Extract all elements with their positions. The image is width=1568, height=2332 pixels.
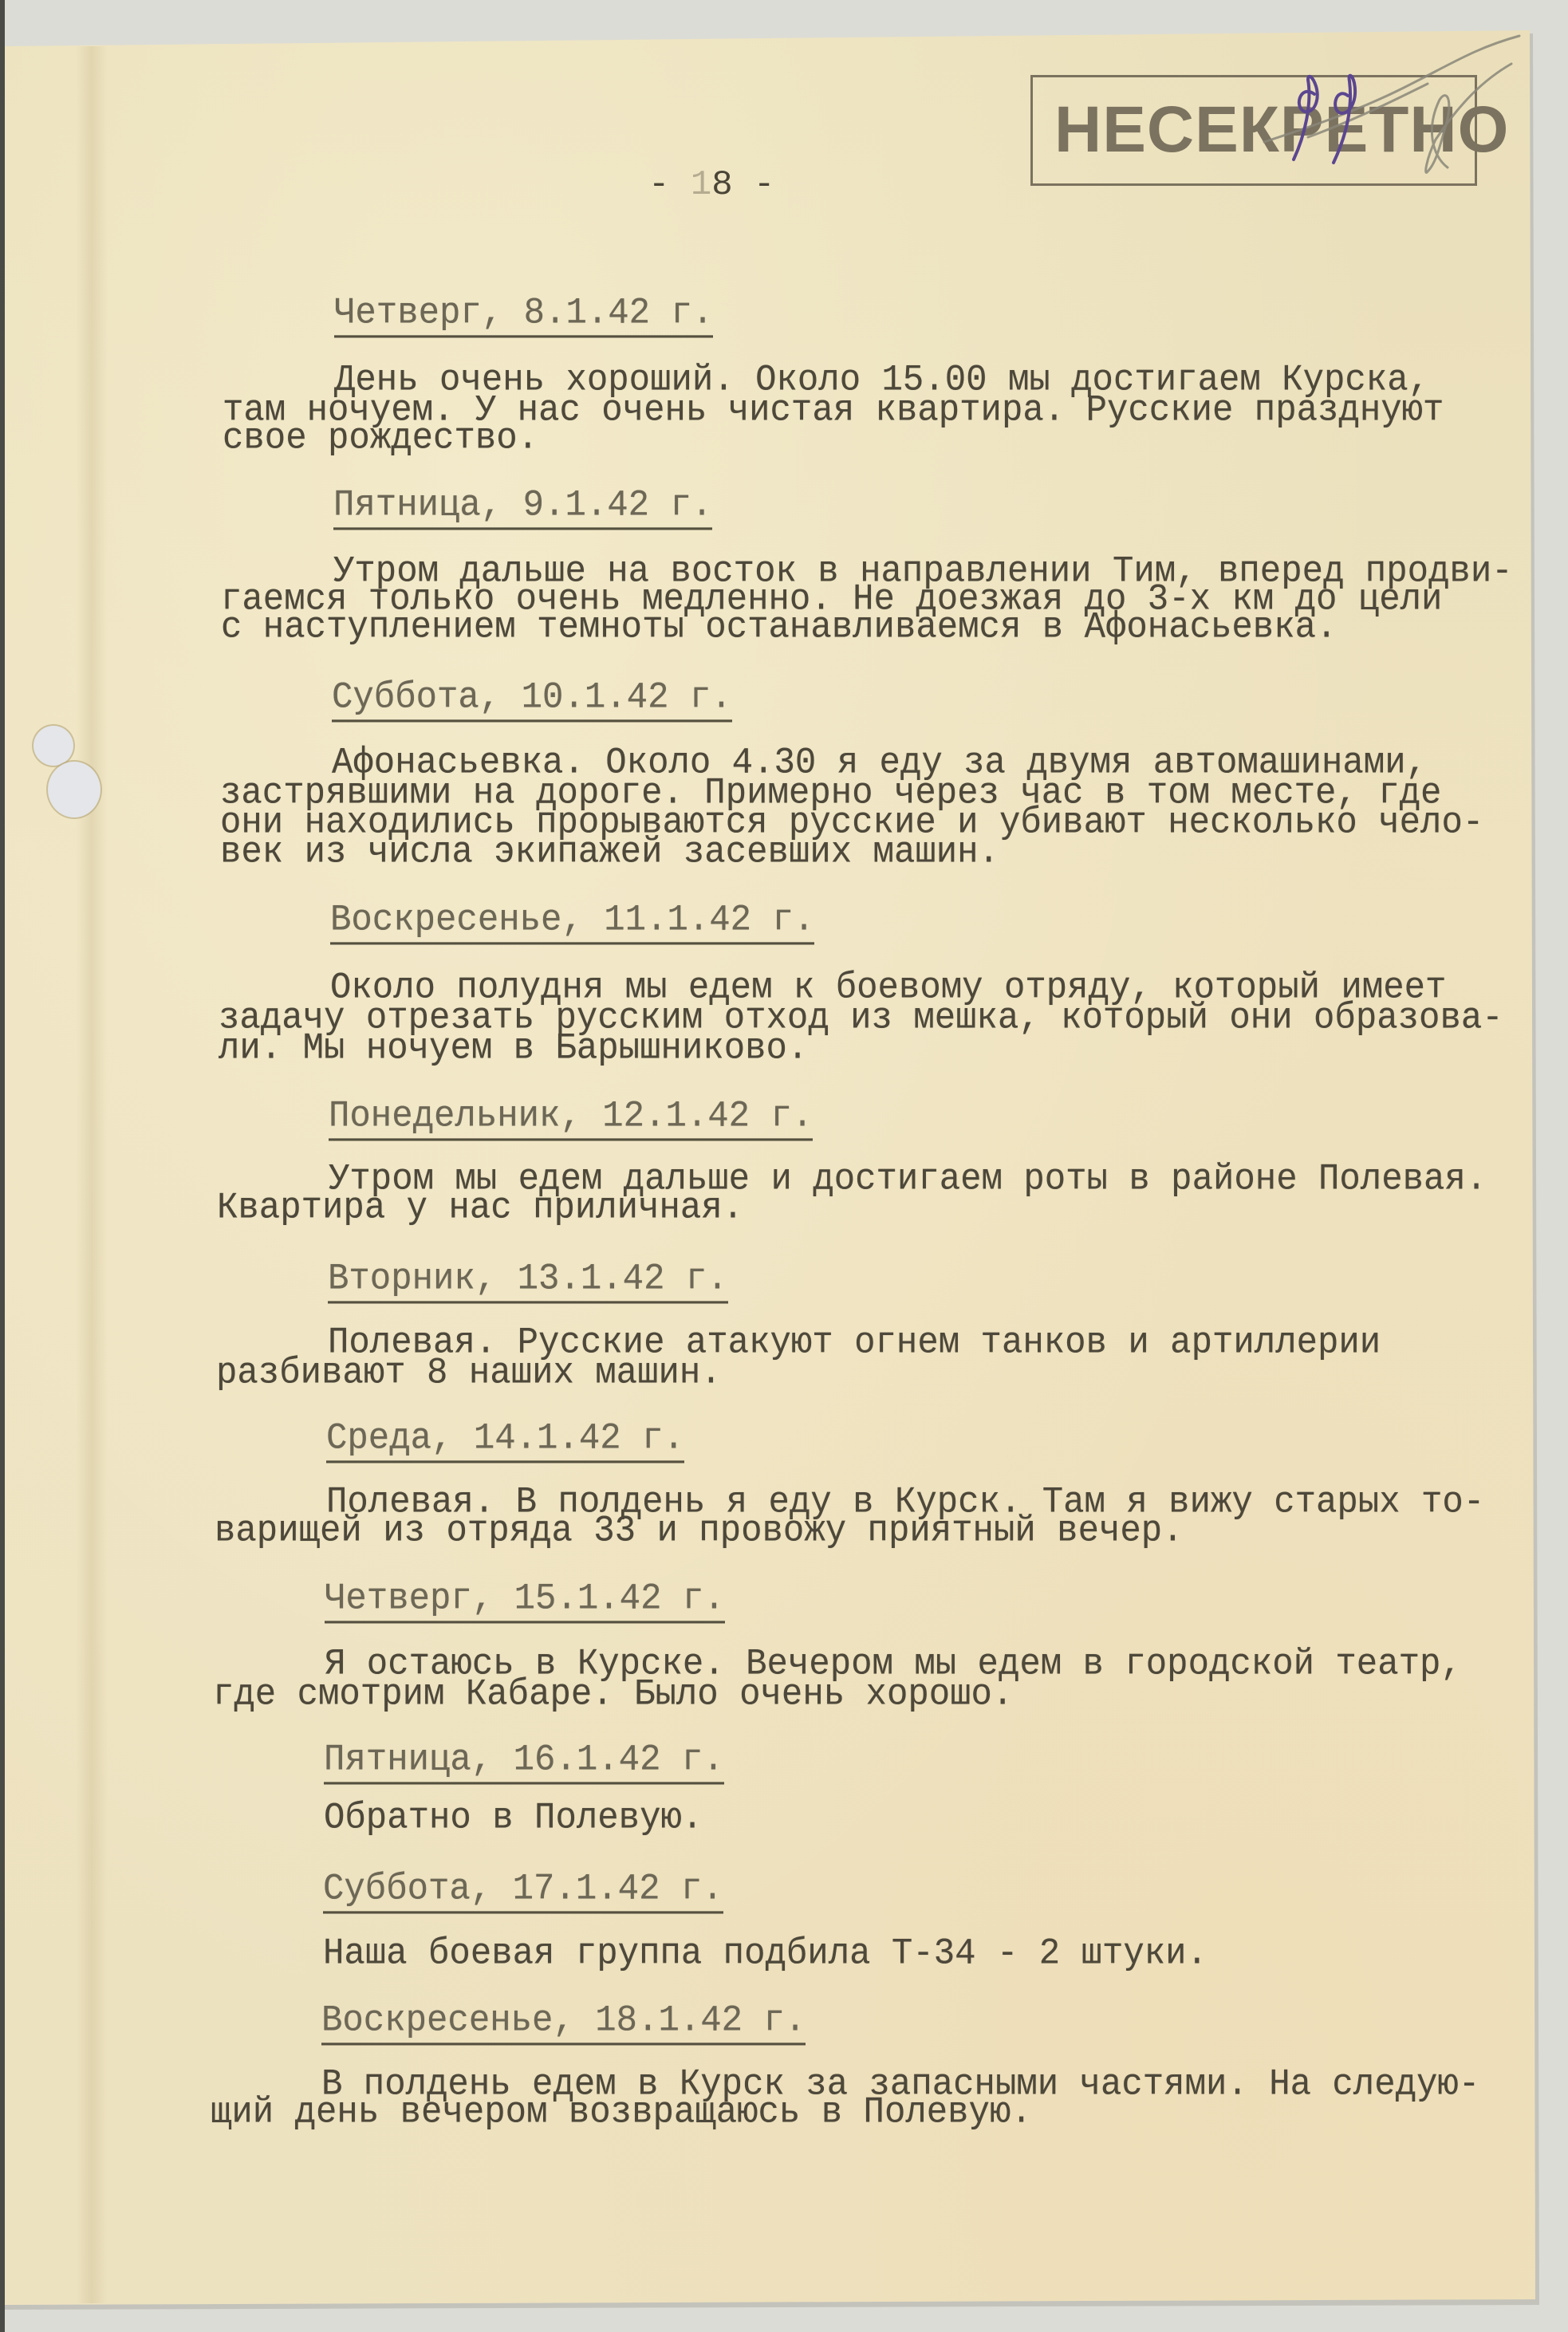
entry-line: Наша боевая группа подбила Т-34 - 2 штук… bbox=[323, 1939, 1208, 1970]
entry-heading-text: Суббота, 17.1.42 г. bbox=[323, 1869, 723, 1914]
entry-heading-text: Понедельник, 12.1.42 г. bbox=[329, 1096, 813, 1141]
scan-edge-strip bbox=[0, 0, 5, 2332]
entry-heading: Четверг, 15.1.42 г. bbox=[325, 1584, 725, 1615]
entry-line: с наступлением темноты останавливаемся в… bbox=[221, 613, 1337, 644]
entry-line: щий день вечером возвращаюсь в Полевую. bbox=[211, 2098, 1032, 2129]
punch-hole-icon bbox=[33, 726, 73, 766]
entry-heading-text: Воскресенье, 11.1.42 г. bbox=[330, 900, 814, 945]
entry-heading-text: Суббота, 10.1.42 г. bbox=[332, 677, 732, 723]
entry-heading-text: Пятница, 16.1.42 г. bbox=[324, 1739, 724, 1785]
entry-heading: Пятница, 16.1.42 г. bbox=[324, 1745, 724, 1776]
entry-heading: Суббота, 17.1.42 г. bbox=[323, 1874, 723, 1905]
entry-heading-text: Четверг, 8.1.42 г. bbox=[334, 293, 713, 338]
entry-heading: Воскресенье, 11.1.42 г. bbox=[330, 905, 814, 936]
entry-heading: Понедельник, 12.1.42 г. bbox=[329, 1101, 813, 1133]
page-number-prefix: - bbox=[648, 165, 691, 205]
entry-line: варищей из отряда 33 и провожу приятный … bbox=[215, 1516, 1184, 1547]
entry-line: где смотрим Кабаре. Было очень хорошо. bbox=[213, 1680, 1013, 1711]
punch-hole-icon bbox=[48, 762, 100, 817]
entry-heading: Пятница, 9.1.42 г. bbox=[333, 490, 712, 522]
page-number-digit: 8 bbox=[711, 165, 732, 205]
paper-crease bbox=[76, 46, 108, 2303]
entry-heading-text: Пятница, 9.1.42 г. bbox=[333, 485, 712, 530]
entry-line: ли. Мы ночуем в Барышниково. bbox=[219, 1034, 808, 1065]
entry-heading: Вторник, 13.1.42 г. bbox=[328, 1264, 728, 1295]
entry-line: свое рождество. bbox=[223, 423, 538, 455]
page-number-faint-digit: 1 bbox=[691, 165, 711, 205]
entry-line: Обратно в Полевую. bbox=[324, 1803, 703, 1834]
entry-heading: Суббота, 10.1.42 г. bbox=[332, 683, 732, 714]
page-number: - 18 - bbox=[648, 169, 774, 201]
entry-line: разбивают 8 наших машин. bbox=[216, 1358, 722, 1389]
entry-line: век из числа экипажей засевших машин. bbox=[220, 837, 999, 869]
classification-stamp: НЕСЕКРЕТНО bbox=[1054, 94, 1509, 166]
page-number-suffix: - bbox=[733, 165, 775, 205]
entry-heading: Воскресенье, 18.1.42 г. bbox=[321, 2006, 806, 2037]
entry-line: Квартира у нас приличная. bbox=[217, 1193, 743, 1224]
entry-heading-text: Четверг, 15.1.42 г. bbox=[325, 1578, 725, 1624]
entry-heading-text: Воскресенье, 18.1.42 г. bbox=[321, 2000, 806, 2046]
entry-heading-text: Вторник, 13.1.42 г. bbox=[328, 1259, 728, 1304]
entry-heading: Среда, 14.1.42 г. bbox=[326, 1424, 684, 1455]
entry-heading-text: Среда, 14.1.42 г. bbox=[326, 1418, 684, 1463]
entry-heading: Четверг, 8.1.42 г. bbox=[334, 298, 713, 329]
